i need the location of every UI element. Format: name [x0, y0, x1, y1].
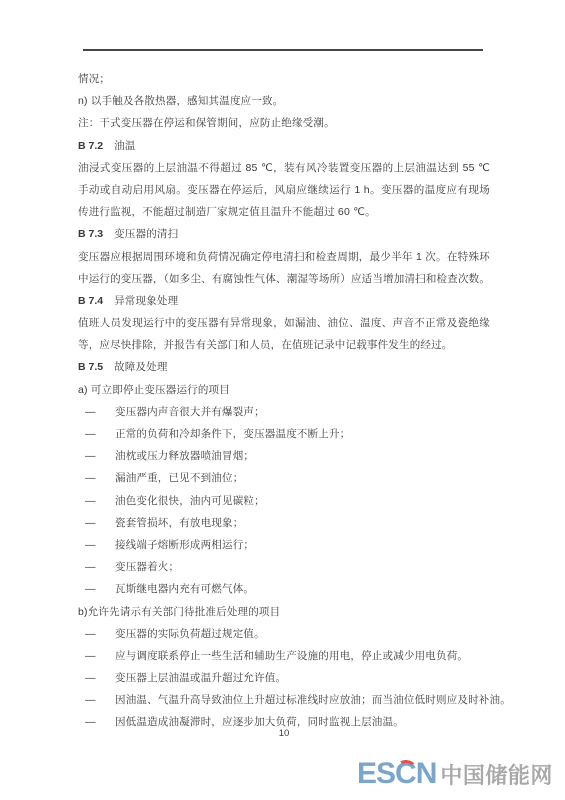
header-rule [83, 49, 483, 51]
section-number: B 7.2 [78, 140, 103, 152]
section-title: 变压器的清扫 [114, 228, 178, 240]
list-item-text: 漏油严重，已见不到油位； [115, 467, 243, 489]
dash-bullet: — [85, 423, 99, 445]
list-item: —油色变化很快，油内可见碳粒； [78, 490, 490, 512]
list-item-text: 瓦斯继电器内充有可燃气体。 [115, 578, 254, 600]
dash-bullet: — [85, 445, 99, 467]
dash-bullet: — [85, 667, 99, 689]
list-item-text: 变压器上层油温或温升超过允许值。 [115, 667, 286, 689]
list-item-text: 瓷套管损坏，有放电现象； [115, 512, 243, 534]
dash-bullet: — [85, 556, 99, 578]
list-item: —漏油严重，已见不到油位； [78, 467, 490, 489]
list-item-text: 油色变化很快，油内可见碳粒； [115, 490, 265, 512]
list-item: —瓷套管损坏，有放电现象； [78, 512, 490, 534]
document-body: 情况；n) 以手触及各散热器，感知其温度应一致。注：干式变压器在停运和保管期间，… [78, 68, 490, 734]
body-line: 变压器应根据周围环境和负荷情况确定停电清扫和检查周期，最少半年 1 次。在特殊环… [78, 246, 490, 268]
list-item: —应与调度联系停止一些生活和辅助生产设施的用电，停止或减少用电负荷。 [78, 645, 490, 667]
section-heading: B 7.5故障及处理 [78, 356, 490, 378]
list-item: —变压器的实际负荷超过规定值。 [78, 623, 490, 645]
list-item-text: 变压器着火； [115, 556, 179, 578]
list-item: —变压器着火； [78, 556, 490, 578]
list-item-text: 正常的负荷和冷却条件下，变压器温度不断上升； [115, 423, 350, 445]
list-item: —变压器内声音很大并有爆裂声； [78, 401, 490, 423]
dash-bullet: — [85, 689, 99, 711]
watermark-site-name: 中国储能网 [440, 759, 553, 790]
section-number: B 7.5 [78, 361, 103, 373]
dash-bullet: — [85, 490, 99, 512]
escn-watermark: ESCN 中国储能网 [357, 757, 553, 791]
body-line: 油浸式变压器的上层油温不得超过 85 ℃，装有风冷装置变压器的上层油温达到 55… [78, 157, 490, 179]
escn-logo-c: C [395, 757, 416, 791]
section-number: B 7.4 [78, 295, 103, 307]
dash-bullet: — [85, 645, 99, 667]
list-item-text: 变压器内声音很大并有爆裂声； [115, 401, 265, 423]
list-item-text: 接线端子熔断形成两相运行； [115, 534, 254, 556]
section-heading: B 7.4异常现象处理 [78, 290, 490, 312]
list-item: —油枕或压力释放器喷油冒烟； [78, 445, 490, 467]
section-title: 故障及处理 [114, 361, 168, 373]
list-item: —因油温、气温升高导致油位上升超过标准线时应放油；而当油位低时则应及时补油。 [78, 689, 490, 711]
section-title: 异常现象处理 [114, 295, 178, 307]
document-page: 情况；n) 以手触及各散热器，感知其温度应一致。注：干式变压器在停运和保管期间，… [0, 0, 565, 800]
body-line: 注：干式变压器在停运和保管期间，应防止绝缘受潮。 [78, 112, 490, 134]
body-line: 等，应尽快排除，并报告有关部门和人员，在值班记录中记载事件发生的经过。 [78, 334, 490, 356]
dash-bullet: — [85, 623, 99, 645]
list-item-text: 因油温、气温升高导致油位上升超过标准线时应放油；而当油位低时则应及时补油。 [115, 689, 511, 711]
body-line: a) 可立即停止变压器运行的项目 [78, 379, 490, 401]
list-item: —瓦斯继电器内充有可燃气体。 [78, 578, 490, 600]
section-title: 油温 [114, 140, 135, 152]
dash-bullet: — [85, 467, 99, 489]
dash-bullet: — [85, 401, 99, 423]
dash-bullet: — [85, 512, 99, 534]
list-item-text: 油枕或压力释放器喷油冒烟； [115, 445, 254, 467]
body-line: 传进行监视，不能超过制造厂家规定值且温升不能超过 60 ℃。 [78, 201, 490, 223]
list-item: —变压器上层油温或温升超过允许值。 [78, 667, 490, 689]
list-item-text: 变压器的实际负荷超过规定值。 [115, 623, 265, 645]
list-item-text: 应与调度联系停止一些生活和辅助生产设施的用电，停止或减少用电负荷。 [115, 645, 468, 667]
body-line: 值班人员发现运行中的变压器有异常现象，如漏油、油位、温度、声音不正常及瓷绝缘破坏 [78, 312, 490, 334]
section-heading: B 7.2油温 [78, 135, 490, 157]
dash-bullet: — [85, 578, 99, 600]
section-number: B 7.3 [78, 228, 103, 240]
body-line: b)允许先请示有关部门待批准后处理的项目 [78, 601, 490, 623]
body-line: n) 以手触及各散热器，感知其温度应一致。 [78, 90, 490, 112]
body-line: 情况； [78, 68, 490, 90]
list-item: —接线端子熔断形成两相运行； [78, 534, 490, 556]
body-line: 手动或自动启用风扇。变压器在停运后，风扇应继续运行 1 h。变压器的温度应有现场… [78, 179, 490, 201]
section-heading: B 7.3变压器的清扫 [78, 223, 490, 245]
escn-logo-es: ES [357, 757, 395, 790]
body-line: 中运行的变压器，（如多尘、有腐蚀性气体、潮湿等场所）应适当增加清扫和检查次数。 [78, 268, 490, 290]
escn-logo: ESCN [357, 757, 436, 791]
list-item: —正常的负荷和冷却条件下，变压器温度不断上升； [78, 423, 490, 445]
dash-bullet: — [85, 534, 99, 556]
page-number: 10 [78, 728, 490, 739]
escn-logo-n: N [416, 757, 437, 790]
